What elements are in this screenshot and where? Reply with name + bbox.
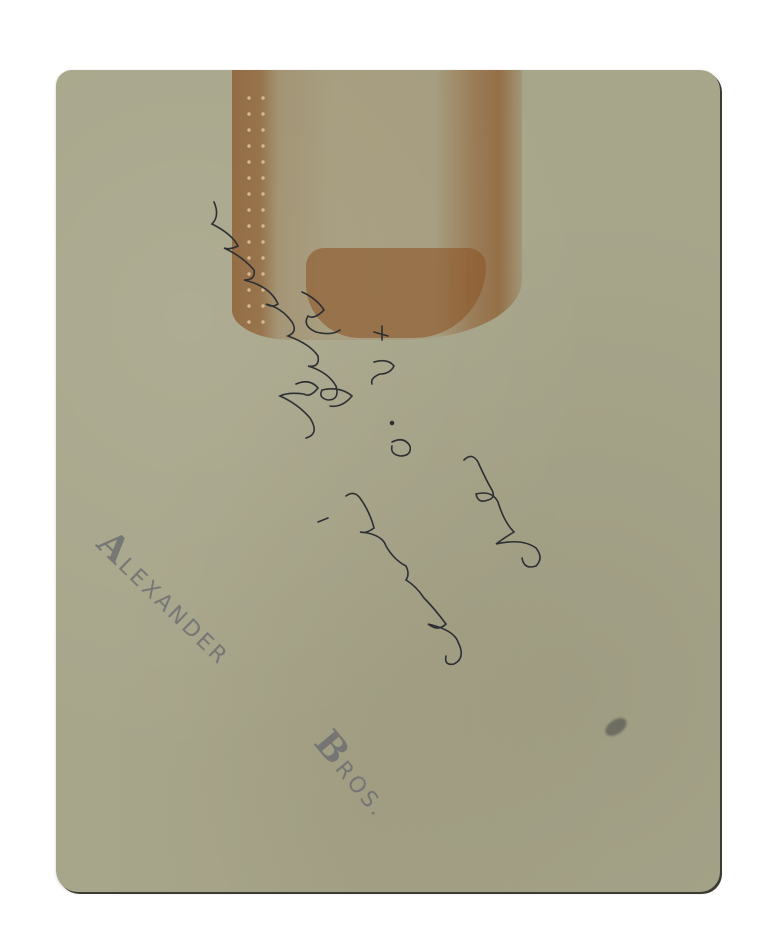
handwritten-inscription (56, 70, 720, 892)
photo-card-back: ALEXANDER BROS. (56, 70, 720, 892)
